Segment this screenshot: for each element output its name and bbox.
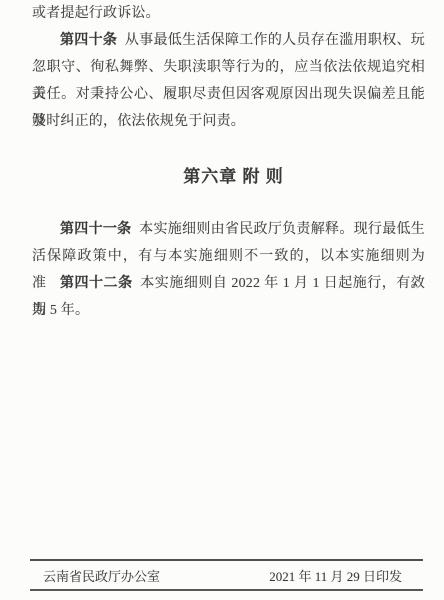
article-41-line-1: 第四十一条本实施细则由省民政厅负责解释。现行最低生 bbox=[32, 216, 425, 243]
article-40-line-2: 忽职守、徇私舞弊、失职渎职等行为的，应当依法依规追究相关 bbox=[32, 54, 425, 81]
article-40-line-3: 责任。对秉持公心、履职尽责但因客观原因出现失误偏差且能够 bbox=[32, 81, 425, 108]
article-40-text-1: 从事最低生活保障工作的人员存在滥用职权、玩 bbox=[125, 33, 425, 48]
document-body: 或者提起行政诉讼。 第四十条从事最低生活保障工作的人员存在滥用职权、玩 忽职守、… bbox=[32, 0, 425, 324]
print-date: 2021 年 11 月 29 日印发 bbox=[269, 566, 402, 585]
chapter-6-heading: 第六章 附 则 bbox=[42, 163, 425, 190]
article-42-line-1: 第四十二条本实施细则自 2022 年 1 月 1 日起施行，有效期 bbox=[32, 270, 425, 297]
scanned-document-page: 或者提起行政诉讼。 第四十条从事最低生活保障工作的人员存在滥用职权、玩 忽职守、… bbox=[0, 0, 444, 600]
colophon-footer: 云南省民政厅办公室 2021 年 11 月 29 日印发 bbox=[30, 559, 423, 591]
article-41-line-2: 活保障政策中，有与本实施细则不一致的，以本实施细则为准。 bbox=[32, 243, 425, 270]
article-42-number: 第四十二条 bbox=[60, 276, 133, 291]
article-42-line-2: 为 5 年。 bbox=[32, 297, 425, 324]
issuing-office: 云南省民政厅办公室 bbox=[43, 566, 160, 585]
paragraph-continuation-line: 或者提起行政诉讼。 bbox=[32, 0, 425, 27]
article-41-number: 第四十一条 bbox=[60, 222, 131, 237]
article-40-line-1: 第四十条从事最低生活保障工作的人员存在滥用职权、玩 bbox=[32, 27, 425, 54]
article-40-line-4: 及时纠正的，依法依规免于问责。 bbox=[32, 108, 425, 135]
article-40-number: 第四十条 bbox=[60, 33, 117, 48]
article-41-text-1: 本实施细则由省民政厅负责解释。现行最低生 bbox=[139, 222, 425, 237]
